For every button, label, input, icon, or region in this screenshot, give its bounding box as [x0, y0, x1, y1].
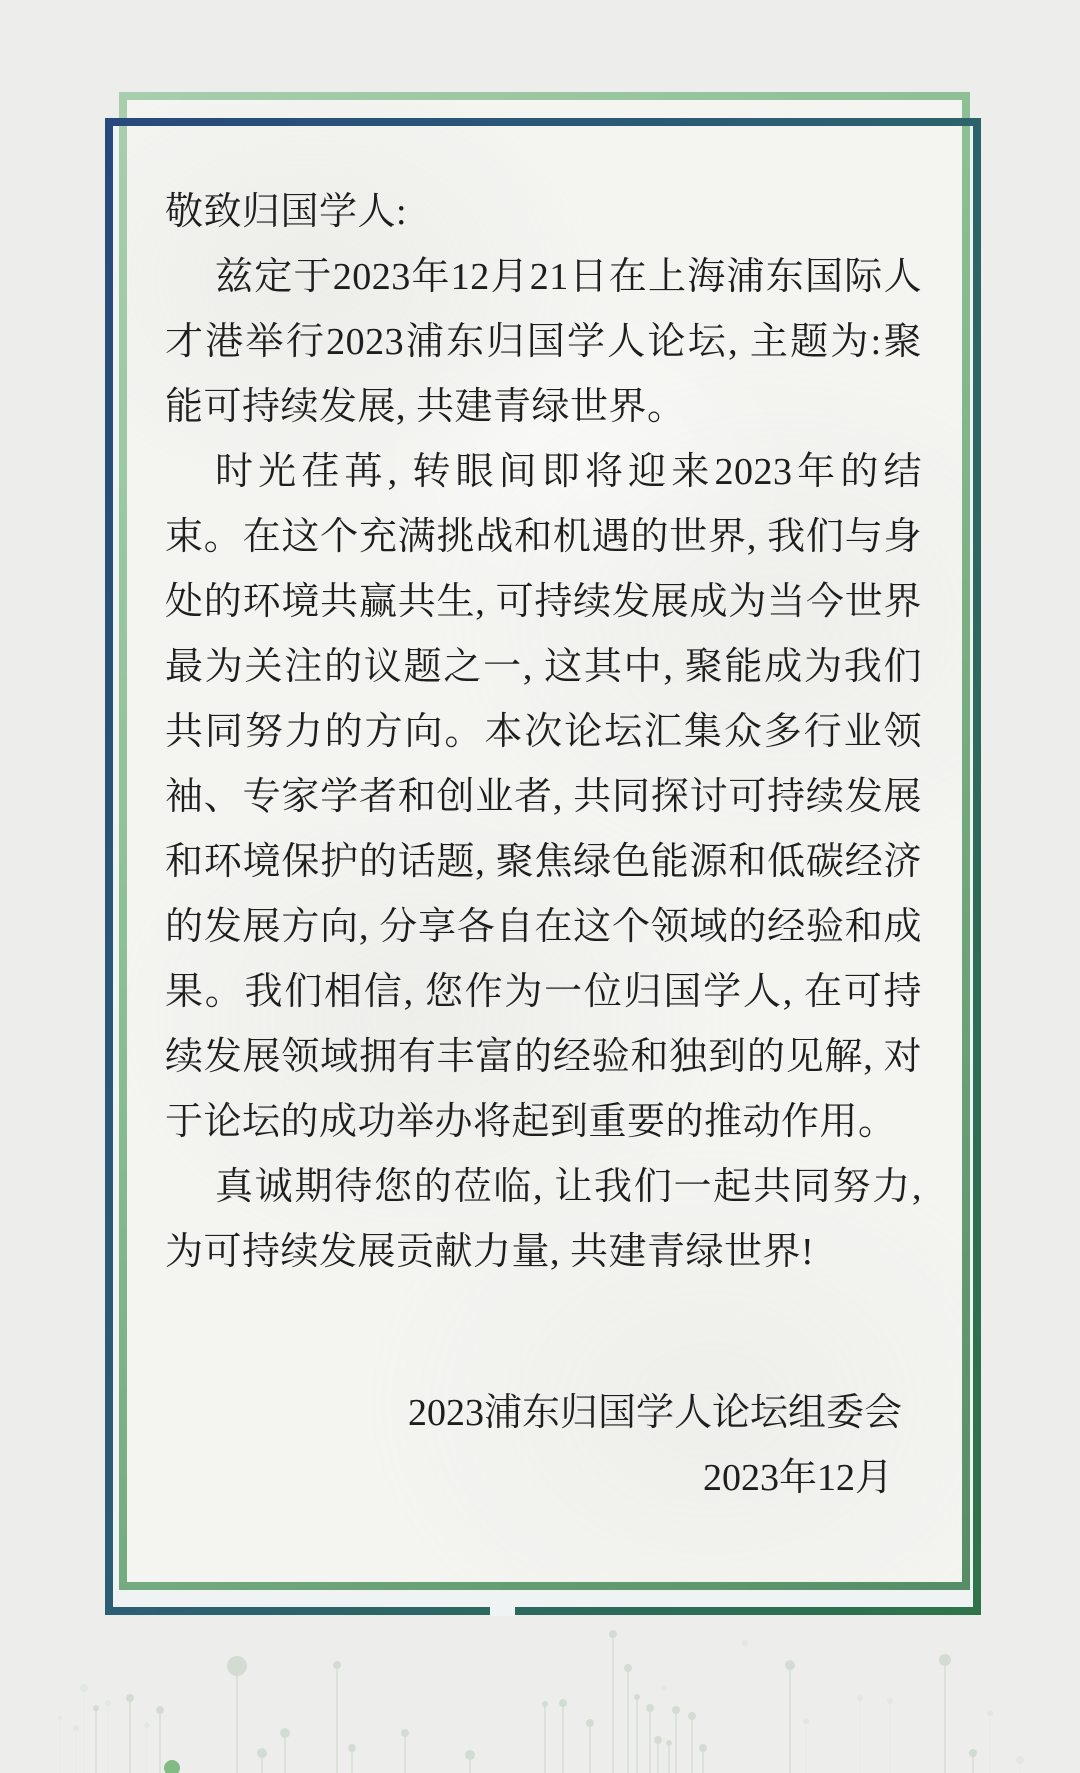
sprout-dot — [654, 1736, 662, 1744]
letter-body: 敬致归国学人: 兹定于2023年12月21日在上海浦东国际人才港举行2023浦东… — [165, 180, 922, 1285]
sprout-stem — [691, 1716, 693, 1773]
sprout-stem — [544, 1704, 546, 1773]
sprout-dot — [969, 1749, 977, 1757]
sprout-stem — [159, 1710, 161, 1773]
sprout-stem — [589, 1723, 591, 1773]
sprout-dot — [465, 1750, 475, 1760]
sprout-stem — [236, 1666, 238, 1773]
sprout-stem — [657, 1740, 659, 1773]
sprout-stem — [336, 1665, 338, 1773]
letter-paper: 敬致归国学人: 兹定于2023年12月21日在上海浦东国际人才港举行2023浦东… — [119, 92, 970, 1590]
sprout-dot — [257, 1748, 267, 1758]
sprout-dot — [156, 1706, 164, 1714]
sprout-dot — [144, 1722, 150, 1728]
page-background: 敬致归国学人: 兹定于2023年12月21日在上海浦东国际人才港举行2023浦东… — [0, 0, 1080, 1773]
sprout-stem — [83, 1688, 85, 1773]
sprout-stem — [1019, 1760, 1021, 1773]
sprout-stem — [284, 1733, 286, 1773]
sprout-stem — [972, 1753, 974, 1773]
sprout-dot — [646, 1704, 654, 1712]
sprout-stem — [789, 1665, 791, 1773]
sprout-stem — [627, 1668, 629, 1773]
sprout-stem — [562, 1703, 564, 1773]
sprout-dot — [987, 1710, 993, 1716]
sprout-dot — [58, 1716, 62, 1720]
letter-paragraph-2: 时光荏苒, 转眼间即将迎来2023年的结束。在这个充满挑战和机遇的世界, 我们与… — [165, 440, 922, 1155]
outer-frame-gap — [490, 1607, 515, 1616]
signature-block: 2023浦东归国学人论坛组委会 2023年12月 — [408, 1381, 902, 1511]
signature-date: 2023年12月 — [408, 1446, 902, 1511]
sprout-stem — [889, 1701, 891, 1773]
sprout-stem — [146, 1725, 148, 1773]
letter-paragraph-3: 真诚期待您的莅临, 让我们一起共同努力, 为可持续发展贡献力量, 共建青绿世界! — [165, 1155, 922, 1285]
sprout-stem — [59, 1718, 61, 1773]
sprout-stem — [944, 1660, 946, 1773]
sprout-stem — [702, 1748, 704, 1773]
sprout-dot — [699, 1744, 707, 1752]
sprout-stem — [668, 1743, 670, 1773]
sprout-dot — [688, 1712, 696, 1720]
sprout-stem — [636, 1697, 638, 1773]
sprout-stem — [612, 1634, 614, 1773]
sprout-stem — [171, 1768, 173, 1773]
sprout-stem — [744, 1643, 746, 1773]
sprout-dot — [624, 1664, 632, 1672]
sprout-dot — [333, 1661, 341, 1669]
sprout-dot — [227, 1656, 247, 1676]
sprout-dot — [672, 1706, 680, 1714]
sprout-dot — [126, 1694, 134, 1702]
sprout-stem — [404, 1733, 406, 1773]
salutation: 敬致归国学人: — [165, 180, 922, 245]
sprout-stem — [75, 1728, 77, 1773]
sprout-dot — [164, 1760, 180, 1773]
sprout-dot — [1016, 1756, 1024, 1764]
sprout-dot — [105, 1700, 111, 1706]
sprout-dot — [348, 1744, 356, 1752]
sprout-stem — [805, 1721, 807, 1773]
letter-paragraph-1: 兹定于2023年12月21日在上海浦东国际人才港举行2023浦东归国学人论坛, … — [165, 245, 922, 440]
sprout-dot — [93, 1705, 99, 1711]
sprout-dot — [857, 1695, 863, 1701]
sprout-dot — [80, 1684, 88, 1692]
sprout-dot — [887, 1698, 893, 1704]
sprout-stem — [663, 1688, 665, 1773]
sprout-dot — [73, 1725, 79, 1731]
signature-committee: 2023浦东归国学人论坛组委会 — [408, 1381, 902, 1446]
sprout-dot — [542, 1701, 548, 1707]
sprout-stem — [649, 1708, 651, 1773]
sprout-stem — [107, 1703, 109, 1773]
sprout-stem — [675, 1710, 677, 1773]
sprout-dot — [559, 1699, 567, 1707]
sprout-dot — [785, 1660, 795, 1670]
sprout-dot — [666, 1740, 672, 1746]
sprout-stem — [261, 1753, 263, 1773]
sprout-dot — [742, 1640, 748, 1646]
sprout-dot — [401, 1729, 409, 1737]
sprout-dot — [661, 1685, 667, 1691]
sprout-dot — [634, 1694, 640, 1700]
sprout-dot — [586, 1719, 594, 1727]
sprout-dot — [939, 1654, 951, 1666]
sprout-stem — [95, 1708, 97, 1773]
sprout-stem — [129, 1698, 131, 1773]
sprout-stem — [989, 1713, 991, 1773]
sprout-stem — [351, 1748, 353, 1773]
sprout-stem — [469, 1755, 471, 1773]
sprout-dot — [609, 1630, 617, 1638]
sprout-dot — [280, 1728, 290, 1738]
sprout-dot — [803, 1718, 809, 1724]
sprout-stem — [859, 1698, 861, 1773]
